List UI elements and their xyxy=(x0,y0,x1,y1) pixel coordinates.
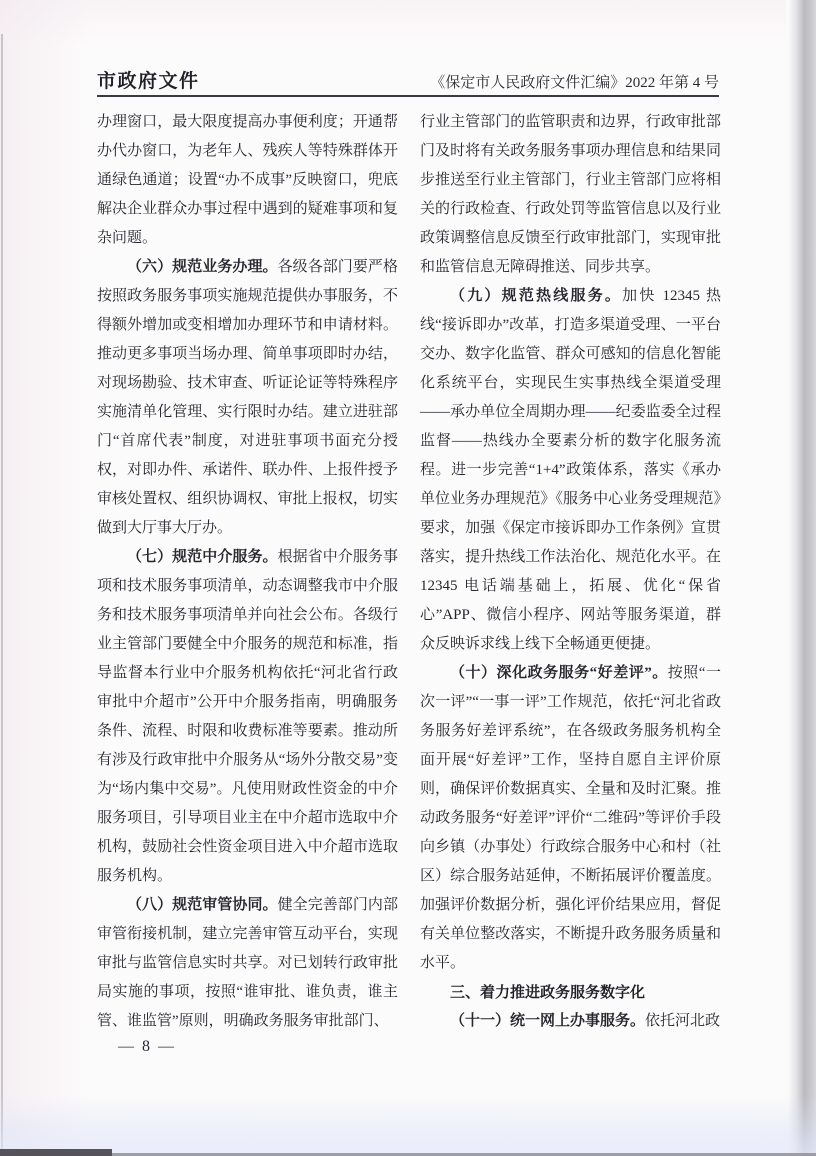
paragraph: （八）规范审管协同。健全完善部门内部审管衔接机制，建立完善审管互动平台，实现审批… xyxy=(97,891,398,1036)
header-rule xyxy=(97,95,719,97)
paragraph: （六）规范业务办理。各级各部门要严格按照政务服务事项实施规范提供办事服务，不得额… xyxy=(97,253,398,543)
paragraph: （十一）统一网上办事服务。依托河北政 xyxy=(420,1007,721,1036)
paragraph: 行业主管部门的监管职责和边界，行政审批部门及时将有关政务服务事项办理信息和结果同… xyxy=(420,108,721,282)
paragraph-text: 办理窗口，最大限度提高办事便利度；开通帮办代办窗口，为老年人、残疾人等特殊群体开… xyxy=(97,114,398,246)
scan-page-edge-right xyxy=(788,0,816,1156)
header-doc-category: 市政府文件 xyxy=(97,66,200,93)
paragraph: 办理窗口，最大限度提高办事便利度；开通帮办代办窗口，为老年人、残疾人等特殊群体开… xyxy=(97,108,398,253)
scan-tint-bottom xyxy=(0,1094,816,1156)
header-publication-info: 《保定市人民政府文件汇编》2022 年第 4 号 xyxy=(430,71,719,92)
paragraph: （七）规范中介服务。根据省中介服务事项和技术服务事项清单，动态调整我市中介服务和… xyxy=(97,543,398,891)
paragraph-text: 根据省中介服务事项和技术服务事项清单，动态调整我市中介服务和技术服务事项清单并向… xyxy=(97,549,398,884)
paragraph-lead: （十一）统一网上办事服务。 xyxy=(450,1013,645,1029)
page-number: — 8 — xyxy=(118,1038,176,1055)
scan-dark-mark-bottom-left xyxy=(0,1149,112,1156)
section-heading-text: 三、着力推进政务服务数字化 xyxy=(450,984,645,1001)
paragraph-text: 行业主管部门的监管职责和边界，行政审批部门及时将有关政务服务事项办理信息和结果同… xyxy=(420,114,721,275)
right-column: 行业主管部门的监管职责和边界，行政审批部门及时将有关政务服务事项办理信息和结果同… xyxy=(420,108,721,1036)
paragraph-lead: （十）深化政务服务“好差评”。 xyxy=(450,665,668,681)
paragraph-text: 加快 12345 热线“接诉即办”改革，打造多渠道受理、一平台交办、数字化监管、… xyxy=(420,288,721,652)
paragraph-text: 按照“一次一评”“一事一评”工作规范，依托“河北省政务服务好差评系统”，在各级政… xyxy=(420,665,721,971)
page-header: 市政府文件 《保定市人民政府文件汇编》2022 年第 4 号 xyxy=(97,66,719,93)
paragraph-lead: （七）规范中介服务。 xyxy=(127,549,278,565)
page-footer: — 8 — xyxy=(118,1038,176,1056)
paragraph: （九）规范热线服务。加快 12345 热线“接诉即办”改革，打造多渠道受理、一平… xyxy=(420,282,721,659)
scan-edge-line-left xyxy=(1,34,3,1150)
scan-tint-left xyxy=(0,0,90,1156)
paragraph-lead: （六）规范业务办理。 xyxy=(127,259,278,275)
paragraph-text: 健全完善部门内部审管衔接机制，建立完善审管互动平台，实现审批与监管信息实时共享。… xyxy=(97,897,398,1029)
paragraph-text: 各级各部门要严格按照政务服务事项实施规范提供办事服务，不得额外增加或变相增加办理… xyxy=(97,259,398,536)
paragraph-text: 依托河北政 xyxy=(645,1013,720,1029)
section-heading: 三、着力推进政务服务数字化 xyxy=(420,978,721,1007)
left-column: 办理窗口，最大限度提高办事便利度；开通帮办代办窗口，为老年人、残疾人等特殊群体开… xyxy=(97,108,398,1036)
document-body: 办理窗口，最大限度提高办事便利度；开通帮办代办窗口，为老年人、残疾人等特殊群体开… xyxy=(97,108,721,1036)
paragraph-lead: （九）规范热线服务。 xyxy=(450,288,622,304)
scan-tint-top xyxy=(0,0,786,46)
paragraph-lead: （八）规范审管协同。 xyxy=(127,897,278,913)
paragraph: （十）深化政务服务“好差评”。按照“一次一评”“一事一评”工作规范，依托“河北省… xyxy=(420,659,721,978)
scanned-document-page: 市政府文件 《保定市人民政府文件汇编》2022 年第 4 号 办理窗口，最大限度… xyxy=(0,0,816,1156)
